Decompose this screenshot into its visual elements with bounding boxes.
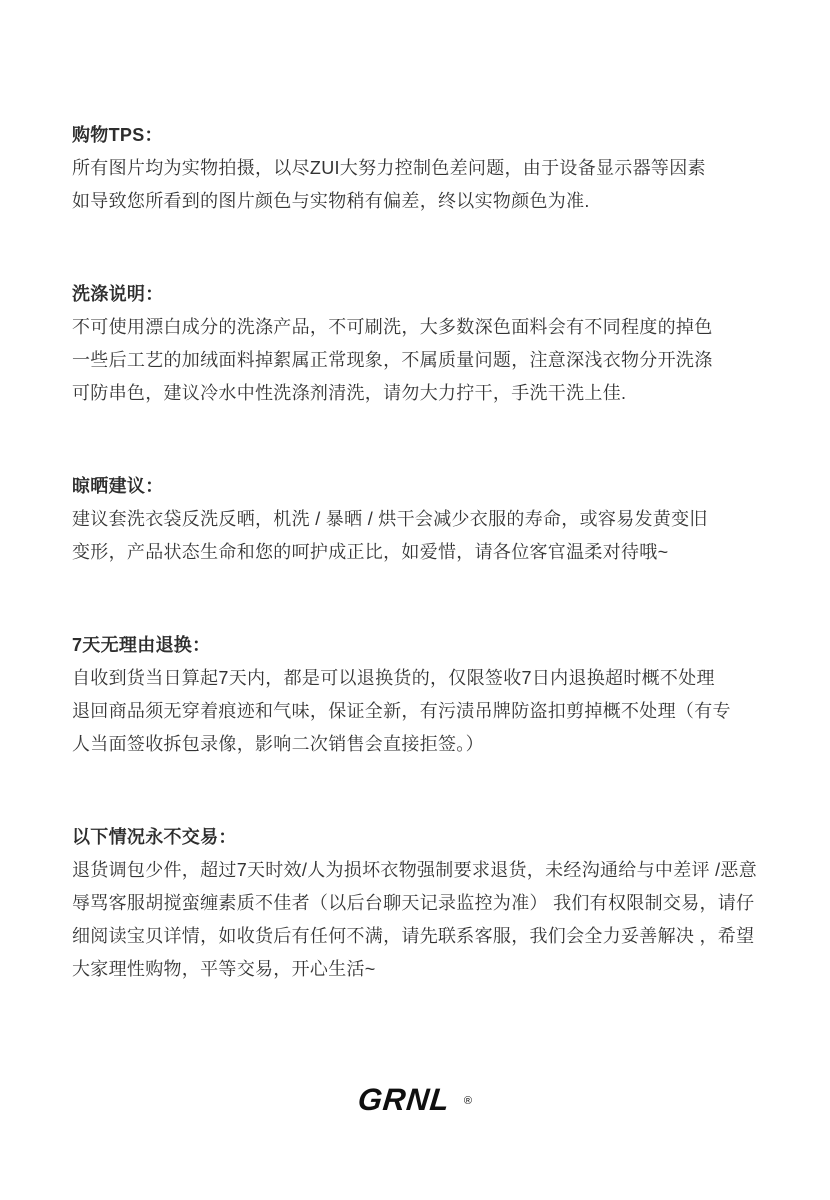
text-line: 一些后工艺的加绒面料掉絮属正常现象，不属质量问题，注意深浅衣物分开洗涤 [72,344,770,377]
registered-trademark-icon: ® [464,1095,472,1107]
text-line: 变形，产品状态生命和您的呵护成正比，如爱惜，请各位客官温柔对待哦~ [72,536,770,569]
text-line: 人当面签收拆包录像，影响二次销售会直接拒签。） [72,728,770,761]
section-washing-instructions: 洗涤说明： 不可使用漂白成分的洗涤产品，不可刷洗，大多数深色面料会有不同程度的掉… [72,278,770,410]
brand-footer: GRNL® [0,1082,830,1118]
text-line: 细阅读宝贝详情，如收货后有任何不满，请先联系客服，我们会全力妥善解决 ，希望 [72,920,770,953]
text-line: 建议套洗衣袋反洗反晒，机洗 / 暴晒 / 烘干会减少衣服的寿命，或容易发黄变旧 [72,503,770,536]
text-line: 辱骂客服胡搅蛮缠素质不佳者（以后台聊天记录监控为准） 我们有权限制交易，请仔 [72,887,770,920]
text-line: 如导致您所看到的图片颜色与实物稍有偏差，终以实物颜色为准. [72,185,770,218]
brand-logo: GRNL [356,1082,452,1118]
text-line: 不可使用漂白成分的洗涤产品，不可刷洗，大多数深色面料会有不同程度的掉色 [72,311,770,344]
product-description-page: 购物TPS： 所有图片均为实物拍摄，以尽ZUI大努力控制色差问题，由于设备显示器… [0,0,830,986]
text-line: 退回商品须无穿着痕迹和气味，保证全新，有污渍吊牌防盗扣剪掉概不处理（有专 [72,695,770,728]
section-title: 晾晒建议： [72,470,770,503]
section-no-trade-conditions: 以下情况永不交易： 退货调包少件，超过7天时效/人为损坏衣物强制要求退货，未经沟… [72,821,770,986]
text-line: 可防串色，建议冷水中性洗涤剂清洗，请勿大力拧干，手洗干洗上佳. [72,377,770,410]
section-title: 洗涤说明： [72,278,770,311]
section-drying-advice: 晾晒建议： 建议套洗衣袋反洗反晒，机洗 / 暴晒 / 烘干会减少衣服的寿命，或容… [72,470,770,569]
section-title: 以下情况永不交易： [72,821,770,854]
text-line: 大家理性购物，平等交易，开心生活~ [72,953,770,986]
section-title: 购物TPS： [72,119,770,152]
section-return-policy: 7天无理由退换： 自收到货当日算起7天内，都是可以退换货的，仅限签收7日内退换超… [72,629,770,761]
text-line: 退货调包少件，超过7天时效/人为损坏衣物强制要求退货，未经沟通给与中差评 /恶意 [72,854,770,887]
text-line: 所有图片均为实物拍摄，以尽ZUI大努力控制色差问题，由于设备显示器等因素 [72,152,770,185]
text-line: 自收到货当日算起7天内，都是可以退换货的，仅限签收7日内退换超时概不处理 [72,662,770,695]
section-title: 7天无理由退换： [72,629,770,662]
section-shopping-tips: 购物TPS： 所有图片均为实物拍摄，以尽ZUI大努力控制色差问题，由于设备显示器… [72,119,770,218]
